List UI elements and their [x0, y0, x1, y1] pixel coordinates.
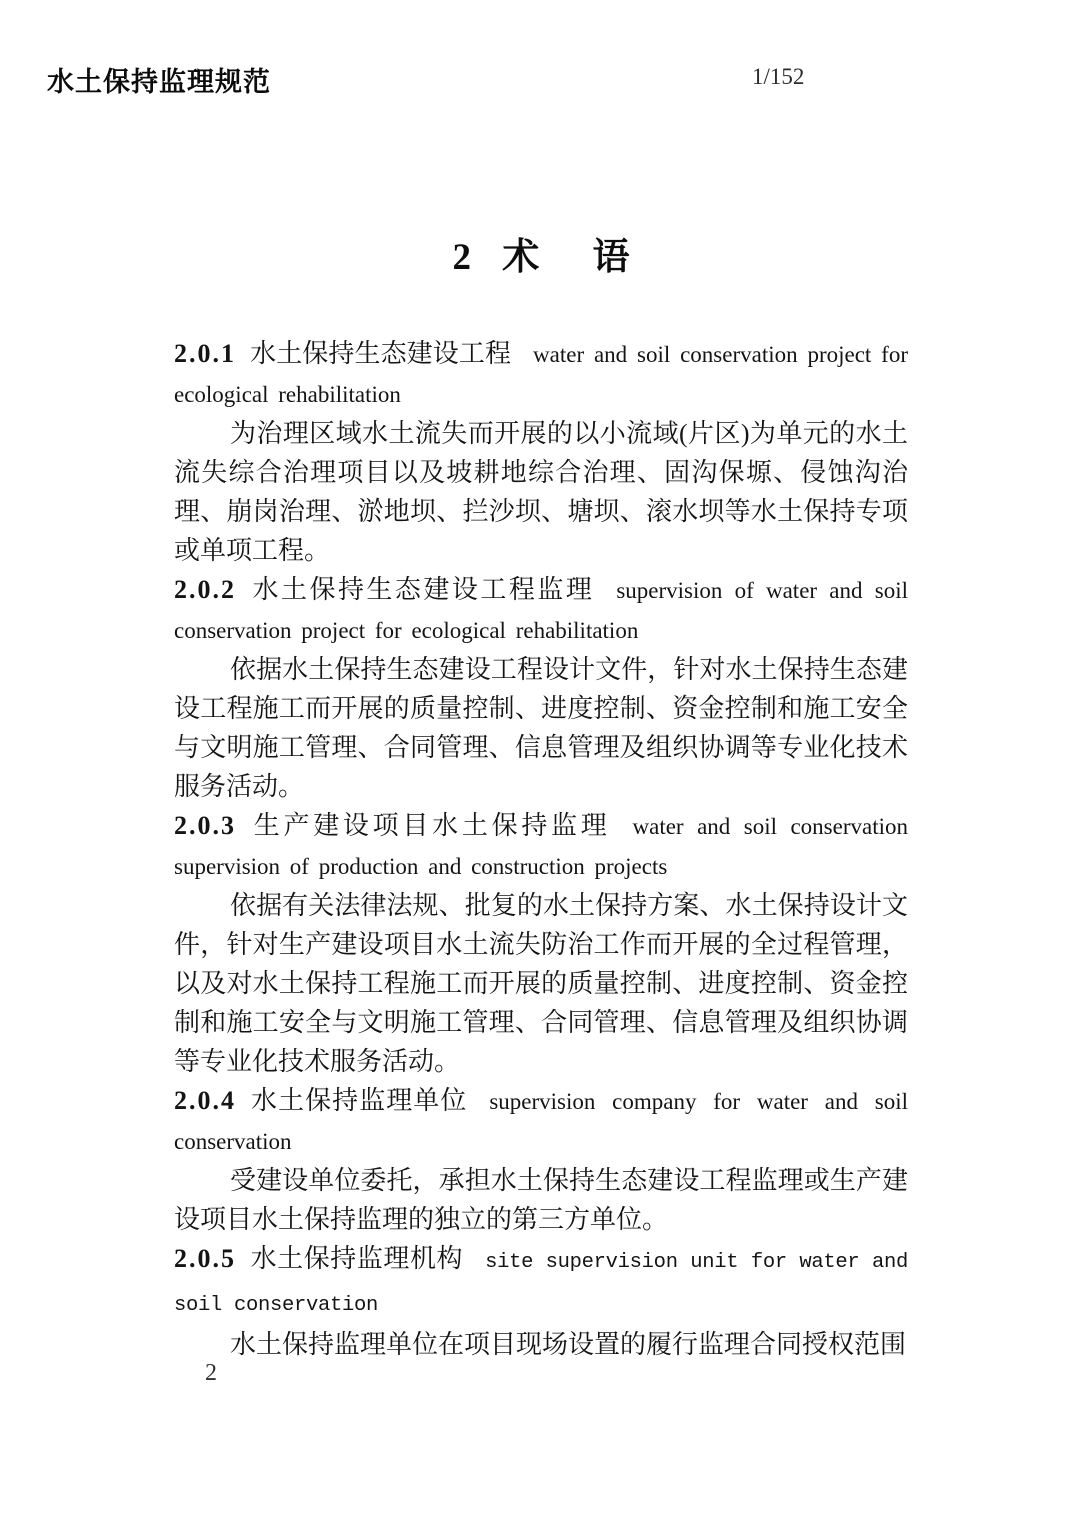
term-definition: 依据有关法律法规、批复的水土保持方案、水土保持设计文件，针对生产建设项目水土流失…: [174, 886, 908, 1081]
term-heading: 2.0.5水土保持监理机构site supervision unit for w…: [174, 1239, 908, 1325]
term-definition: 水土保持监理单位在项目现场设置的履行监理合同授权范围: [174, 1325, 908, 1364]
term-number: 2.0.3: [174, 811, 236, 840]
chapter-title: 2 术 语: [174, 234, 908, 282]
document-header-title: 水土保持监理规范: [47, 60, 271, 99]
term-section-2-0-2: 2.0.2水土保持生态建设工程监理supervision of water an…: [174, 570, 908, 806]
page-content: 2 术 语 2.0.1水土保持生态建设工程water and soil cons…: [174, 234, 908, 1364]
term-number: 2.0.4: [174, 1086, 236, 1115]
chapter-title-char-2: 语: [593, 237, 630, 278]
term-chinese: 水土保持监理机构: [250, 1244, 463, 1273]
term-section-2-0-5: 2.0.5水土保持监理机构site supervision unit for w…: [174, 1239, 908, 1364]
chapter-title-char-1: 术: [502, 237, 539, 278]
term-heading: 2.0.4水土保持监理单位supervision company for wat…: [174, 1081, 908, 1161]
term-chinese: 水土保持监理单位: [250, 1086, 467, 1115]
term-heading: 2.0.1水土保持生态建设工程water and soil conservati…: [174, 334, 908, 414]
term-definition: 依据水土保持生态建设工程设计文件，针对水土保持生态建设工程施工而开展的质量控制、…: [174, 650, 908, 806]
term-definition: 受建设单位委托，承担水土保持生态建设工程监理或生产建设项目水土保持监理的独立的第…: [174, 1161, 908, 1239]
term-heading: 2.0.2水土保持生态建设工程监理supervision of water an…: [174, 570, 908, 650]
document-page: 水土保持监理规范 1/152 2 术 语 2.0.1水土保持生态建设工程wate…: [0, 0, 1080, 1527]
chapter-number: 2: [453, 237, 472, 278]
term-section-2-0-4: 2.0.4水土保持监理单位supervision company for wat…: [174, 1081, 908, 1239]
term-number: 2.0.5: [174, 1244, 236, 1273]
term-heading: 2.0.3生产建设项目水土保持监理water and soil conserva…: [174, 806, 908, 886]
term-number: 2.0.2: [174, 575, 236, 604]
header-page-indicator: 1/152: [752, 64, 804, 90]
term-section-2-0-1: 2.0.1水土保持生态建设工程water and soil conservati…: [174, 334, 908, 570]
term-section-2-0-3: 2.0.3生产建设项目水土保持监理water and soil conserva…: [174, 806, 908, 1081]
term-chinese: 生产建设项目水土保持监理: [250, 811, 611, 840]
term-chinese: 水土保持生态建设工程: [250, 339, 511, 368]
term-chinese: 水土保持生态建设工程监理: [250, 575, 594, 604]
term-definition: 为治理区域水土流失而开展的以小流域(片区)为单元的水土流失综合治理项目以及坡耕地…: [174, 414, 908, 570]
footer-page-number: 2: [205, 1360, 217, 1387]
term-number: 2.0.1: [174, 339, 236, 368]
